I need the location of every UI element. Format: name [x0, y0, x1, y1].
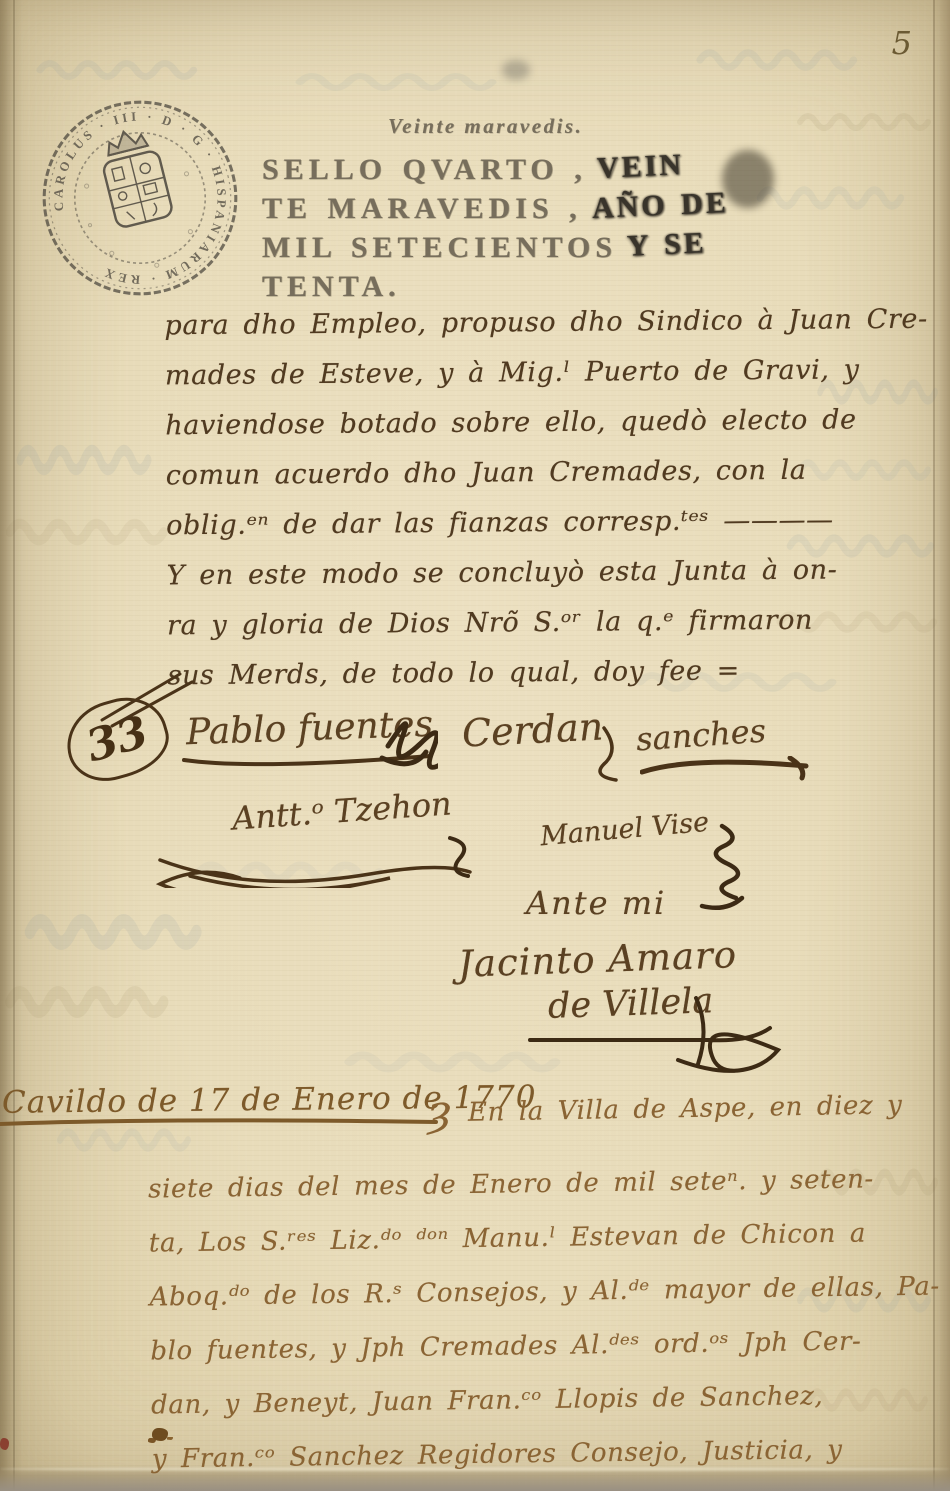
page-fold-line: [13, 0, 15, 1491]
royal-seal-stamp: CAROLUS · III · D · G · HISPANIARUM · RE…: [15, 70, 264, 325]
signature-rubric-knot: [692, 822, 752, 912]
signature-flourish: [150, 818, 480, 888]
page-number: 5: [892, 24, 912, 62]
margin-item-number-text: 33: [81, 706, 154, 772]
notary-name-first: Jacinto Amaro: [457, 933, 737, 986]
revenue-stamp-text: SELLO QVARTO , VEIN TE MARAVEDIS , AÑO D…: [262, 150, 729, 306]
signature-underline: [640, 756, 810, 782]
stamp-line: MIL SETECIENTOS Y SE: [262, 228, 729, 267]
stamp-line-text: SELLO QVARTO ,: [262, 150, 587, 189]
signature-tail: [596, 726, 626, 786]
signature-sanches: sanches: [635, 712, 767, 759]
stamp-line: TE MARAVEDIS , AÑO DE: [262, 189, 729, 228]
tax-denomination-line: Veinte maravedis.: [388, 114, 583, 139]
ink-smudge: [502, 60, 530, 80]
manuscript-line: comun acuerdo dho Juan Cremades, con la: [166, 445, 930, 502]
cabildo-paragraph: siete dias del mes de Enero de mil seteⁿ…: [148, 1151, 943, 1486]
stamp-overprint-text: AÑO DE: [591, 183, 729, 228]
manuscript-line: sus Merds, de todo lo qual, doy fee =: [167, 645, 931, 702]
margin-mark: [0, 1438, 9, 1450]
stamp-overprint-text: Y SE: [626, 223, 707, 265]
manuscript-body-paragraph: para dho Empleo, propuso dho Sindico à J…: [164, 295, 931, 702]
manuscript-line: haviendose botado sobre ello, quedò elec…: [165, 395, 929, 452]
manuscript-line: ra y gloria de Dios Nrõ S.ᵒʳ la q.ᵉ firm…: [167, 595, 931, 652]
ink-blot: [152, 1428, 168, 1441]
stamp-line: SELLO QVARTO , VEIN: [262, 150, 729, 189]
manuscript-line: y Fran.ᶜᵒ Sanchez Regidores Consejo, Jus…: [152, 1421, 943, 1486]
page-edge-left: [0, 0, 24, 1491]
stamp-line-text: MIL SETECIENTOS: [262, 228, 617, 267]
overprint-smear: [722, 150, 774, 208]
manuscript-line: Y en este modo se concluyò esta Junta à …: [166, 545, 930, 602]
stamp-overprint-text: VEIN: [596, 145, 685, 188]
manuscript-line: mades de Esteve, y à Mig.ˡ Puerto de Gra…: [165, 345, 929, 402]
manuscript-line: para dho Empleo, propuso dho Sindico à J…: [164, 295, 928, 352]
cabildo-heading-underline: [0, 1116, 440, 1130]
signature-rubric-knot: [368, 698, 438, 778]
document-page: 5: [0, 0, 950, 1491]
signature-manuel: Manuel Vise: [539, 807, 710, 853]
cabildo-first-line: En la Villa de Aspe, en diez y: [468, 1090, 903, 1128]
ante-mi-label: Ante mi: [526, 884, 666, 922]
stamp-line-text: TE MARAVEDIS ,: [262, 189, 582, 228]
seal-coat-of-arms-icon: [102, 150, 174, 229]
paragraph-connector: ȝ: [428, 1086, 451, 1137]
manuscript-line: oblig.ᵉⁿ de dar las fianzas corresp.ᵗᵉˢ …: [166, 495, 930, 552]
signature-cerdan: Cerdan: [461, 704, 604, 755]
notary-rubric-flourish: [528, 996, 788, 1076]
cabildo-heading: Cavildo de 17 de Enero de 1770: [2, 1079, 537, 1121]
